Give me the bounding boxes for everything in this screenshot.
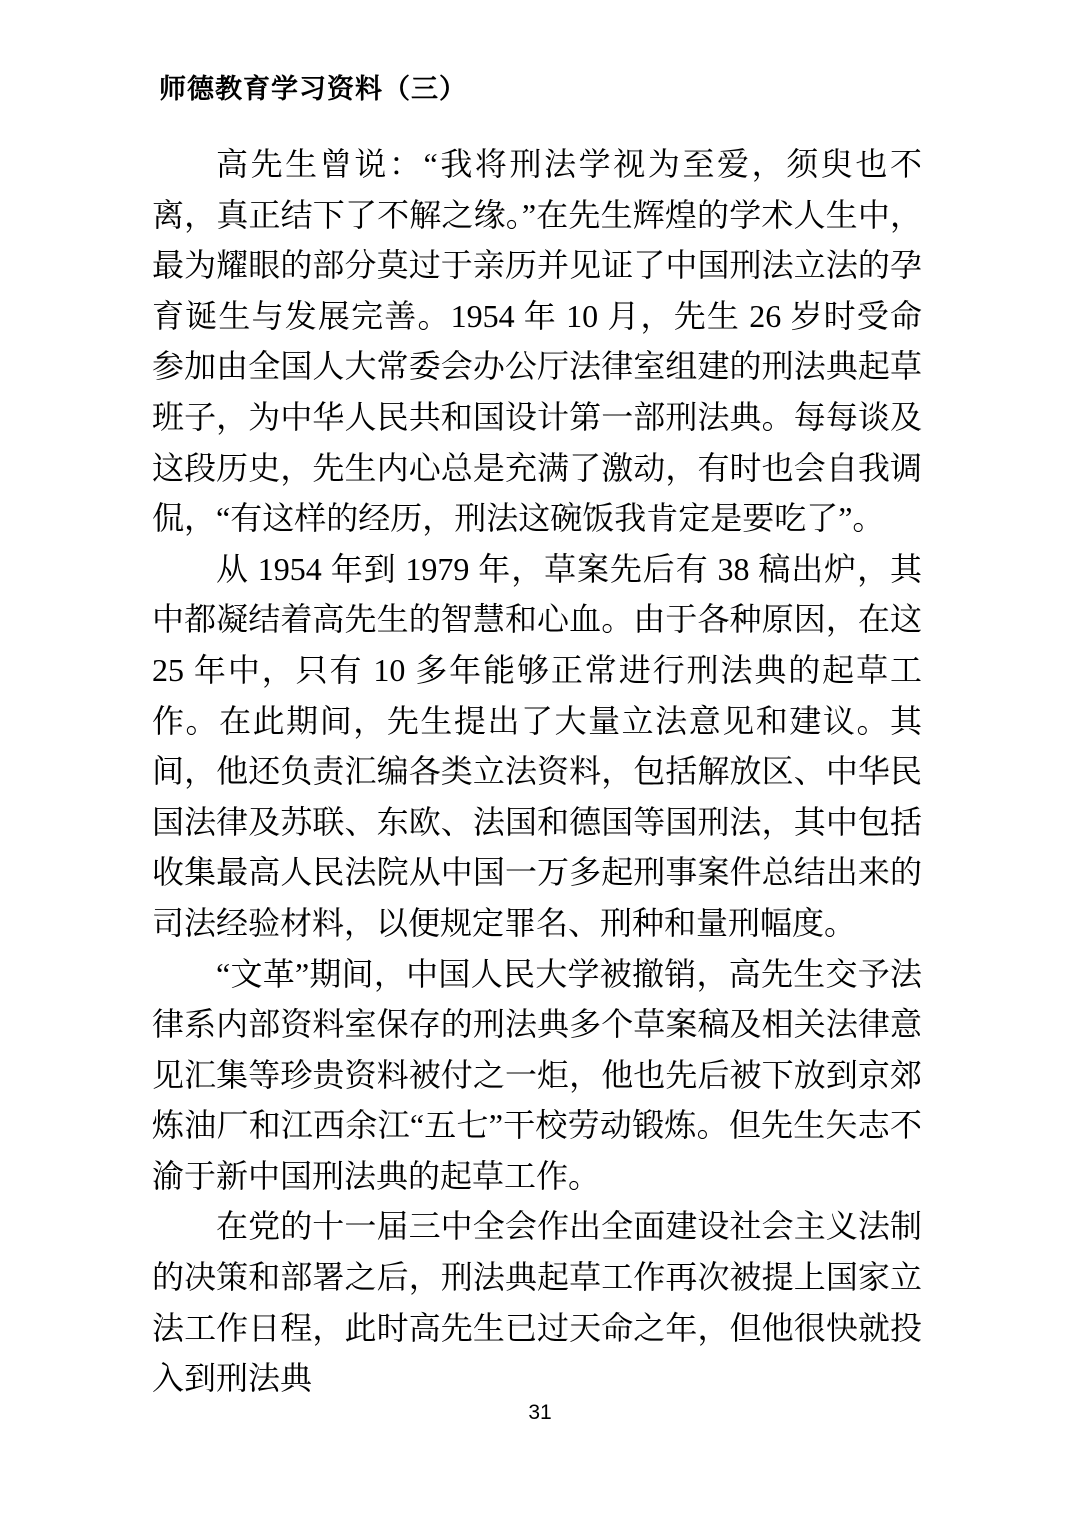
document-page: 师德教育学习资料（三） 高先生曾说：“我将刑法学视为至爱，须臾也不离，真正结下了… <box>0 0 1080 1527</box>
page-header-title: 师德教育学习资料（三） <box>159 72 467 106</box>
page-number: 31 <box>0 1401 1080 1425</box>
paragraph-1: 高先生曾说：“我将刑法学视为至爱，须臾也不离，真正结下了不解之缘。”在先生辉煌的… <box>152 139 922 544</box>
document-body: 高先生曾说：“我将刑法学视为至爱，须臾也不离，真正结下了不解之缘。”在先生辉煌的… <box>152 139 922 1404</box>
paragraph-4: 在党的十一届三中全会作出全面建设社会主义法制的决策和部署之后，刑法典起草工作再次… <box>152 1201 922 1403</box>
paragraph-3: “文革”期间，中国人民大学被撤销，高先生交予法律系内部资料室保存的刑法典多个草案… <box>152 949 922 1202</box>
paragraph-2: 从 1954 年到 1979 年，草案先后有 38 稿出炉，其中都凝结着高先生的… <box>152 544 922 949</box>
